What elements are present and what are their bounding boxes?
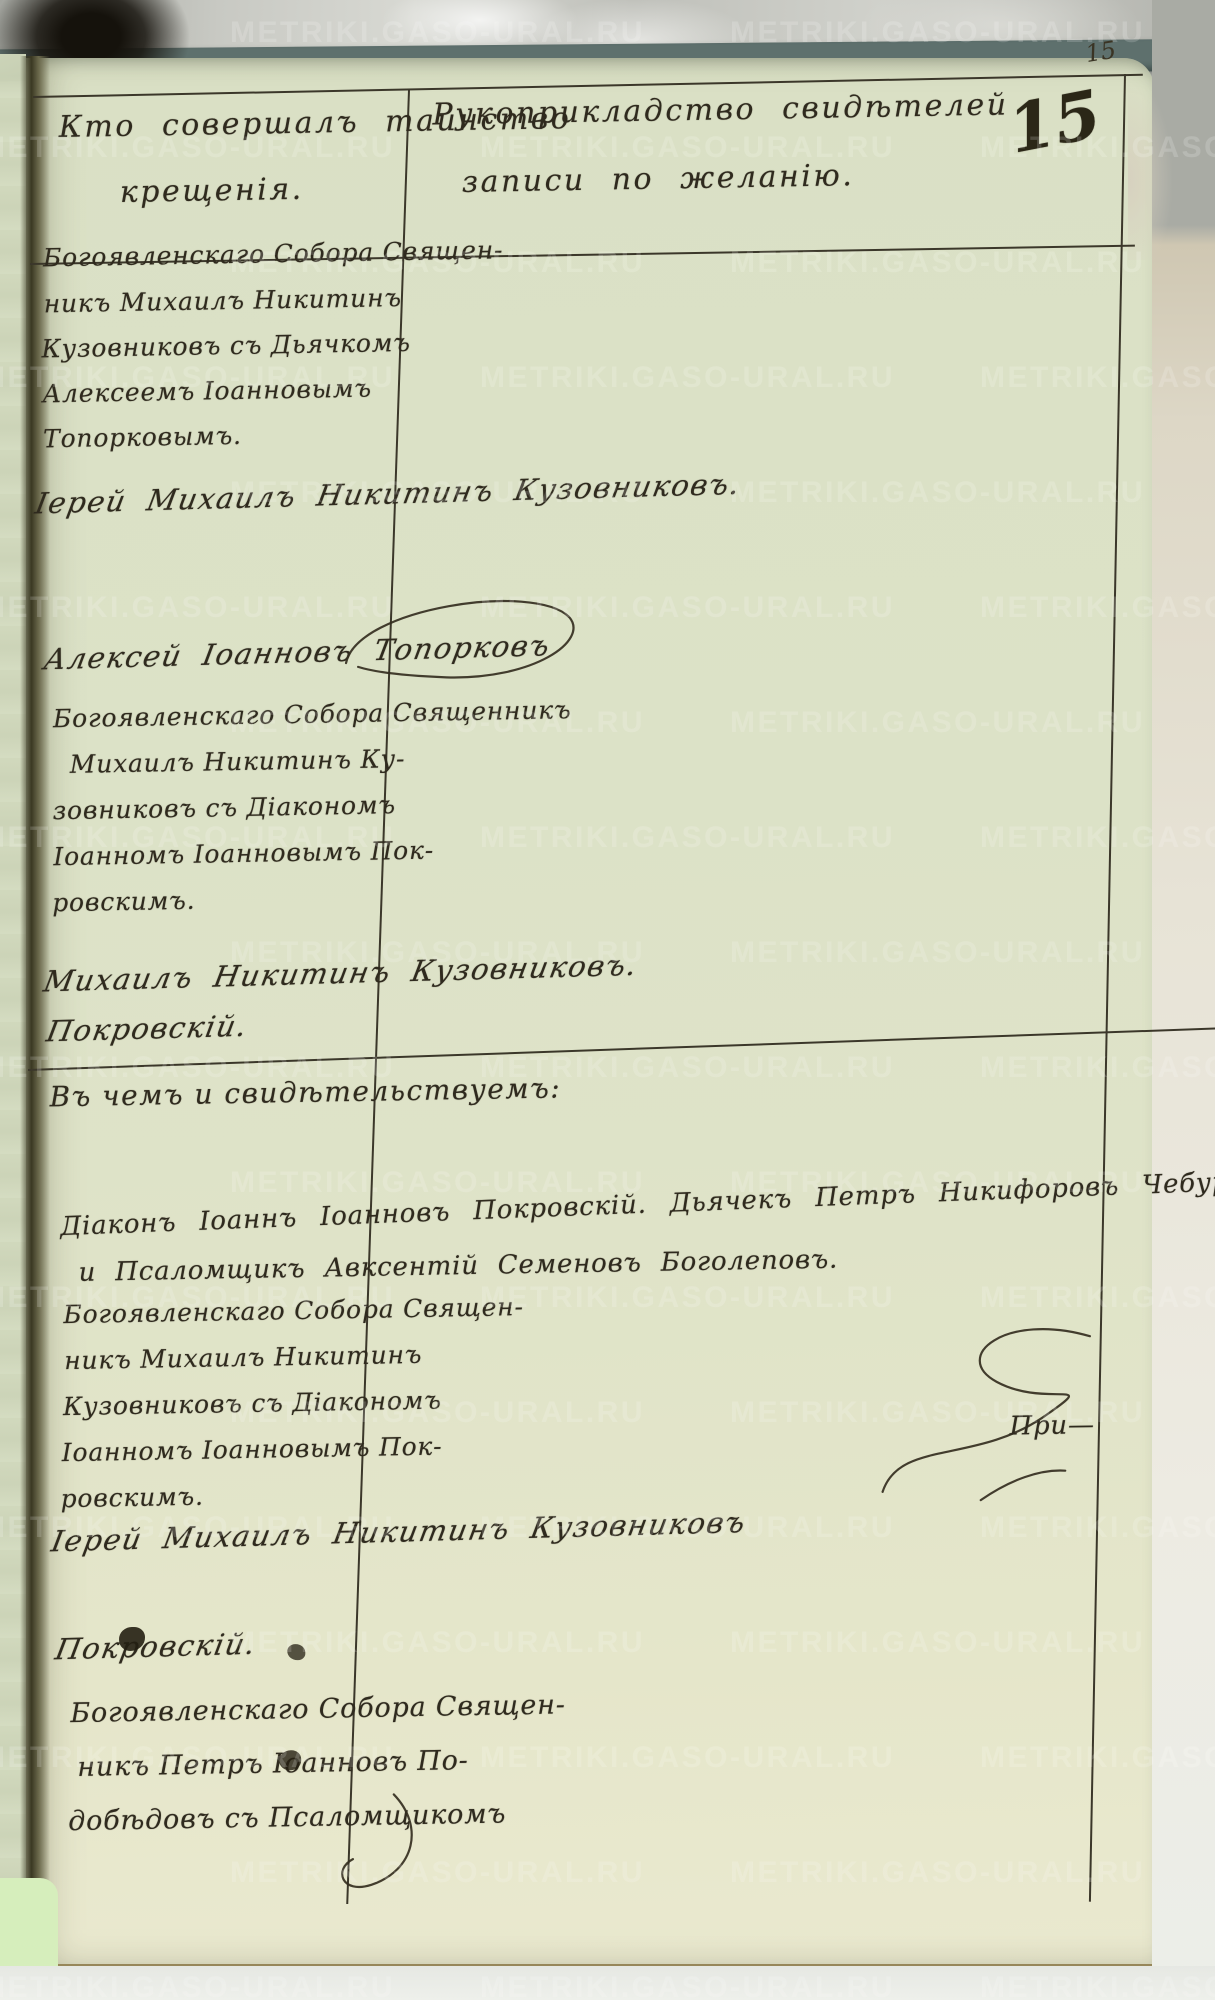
witness-line-1: Діаконъ Іоаннъ Іоанновъ Покровскій. Дьяч… — [60, 1164, 1215, 1242]
handwriting-layer: 15 15 Кто совершалъ таинство крещенія. Р… — [0, 0, 1215, 2000]
entry4-line: никъ Петръ Іоанновъ По- — [77, 1745, 469, 1783]
entry2-line: зовниковъ съ Діакономъ — [52, 790, 396, 825]
signature-priest-3: Іерей Михаилъ Никитинъ Кузовниковъ — [49, 1505, 749, 1558]
header-col2-line2: записи по желанію. — [461, 158, 854, 200]
entry3-line: Кузовниковъ съ Діакономъ — [63, 1386, 442, 1422]
margin-word: При— — [1009, 1410, 1095, 1441]
entry1-line: Кузовниковъ съ Дьячкомъ — [41, 328, 411, 363]
entry3-line: Богоявленскаго Собора Священ- — [63, 1292, 524, 1329]
ink-blot — [287, 1644, 305, 1660]
entry2-line: Богоявленскаго Собора Священникъ — [53, 695, 572, 733]
entry1-line: Топорковымъ. — [43, 421, 242, 453]
page-number-ink: 15 — [1002, 75, 1107, 169]
page-number-pencil: 15 — [1083, 36, 1118, 68]
header-col1-line2: крещенія. — [119, 172, 304, 210]
signature-deacon-2: Покровскій. — [44, 1009, 251, 1049]
scanned-metric-book-page: 15 15 Кто совершалъ таинство крещенія. Р… — [0, 0, 1215, 2000]
descender-flourish — [312, 1786, 444, 1908]
entry1-line: никъ Михаилъ Никитинъ — [43, 283, 402, 318]
signature-flourish — [327, 579, 599, 699]
entry2-line: Іоанномъ Іоанновымъ Пок- — [53, 836, 434, 872]
entry3-line: никъ Михаилъ Никитинъ — [64, 1340, 423, 1375]
entry1-line: Богоявленскаго Собора Священ- — [43, 235, 504, 272]
ink-blot — [279, 1750, 301, 1770]
entry3-line: ровскимъ. — [60, 1482, 204, 1513]
attestation-line: Въ чемъ и свидѣтельствуемъ: — [49, 1071, 561, 1113]
signature-deacon-3: Покровскій. — [53, 1627, 260, 1667]
entry4-line: Богоявленскаго Собора Священ- — [70, 1689, 566, 1729]
entry2-line: Михаилъ Никитинъ Ку- — [70, 744, 406, 779]
signature-priest-2: Михаилъ Никитинъ Кузовниковъ. — [41, 948, 641, 999]
signature-priest-1: Іерей Михаилъ Никитинъ Кузовниковъ. — [33, 467, 744, 521]
entry3-line: Іоанномъ Іоанновымъ Пок- — [62, 1432, 443, 1468]
entry2-line: ровскимъ. — [52, 886, 196, 917]
header-col2-line1: Рукоприкладство свидѣтелей — [432, 87, 1009, 132]
entry1-line: Алексеемъ Іоанновымъ — [42, 374, 372, 409]
witness-line-2: и Псаломщикъ Авксентій Семеновъ Боголепо… — [78, 1245, 838, 1288]
